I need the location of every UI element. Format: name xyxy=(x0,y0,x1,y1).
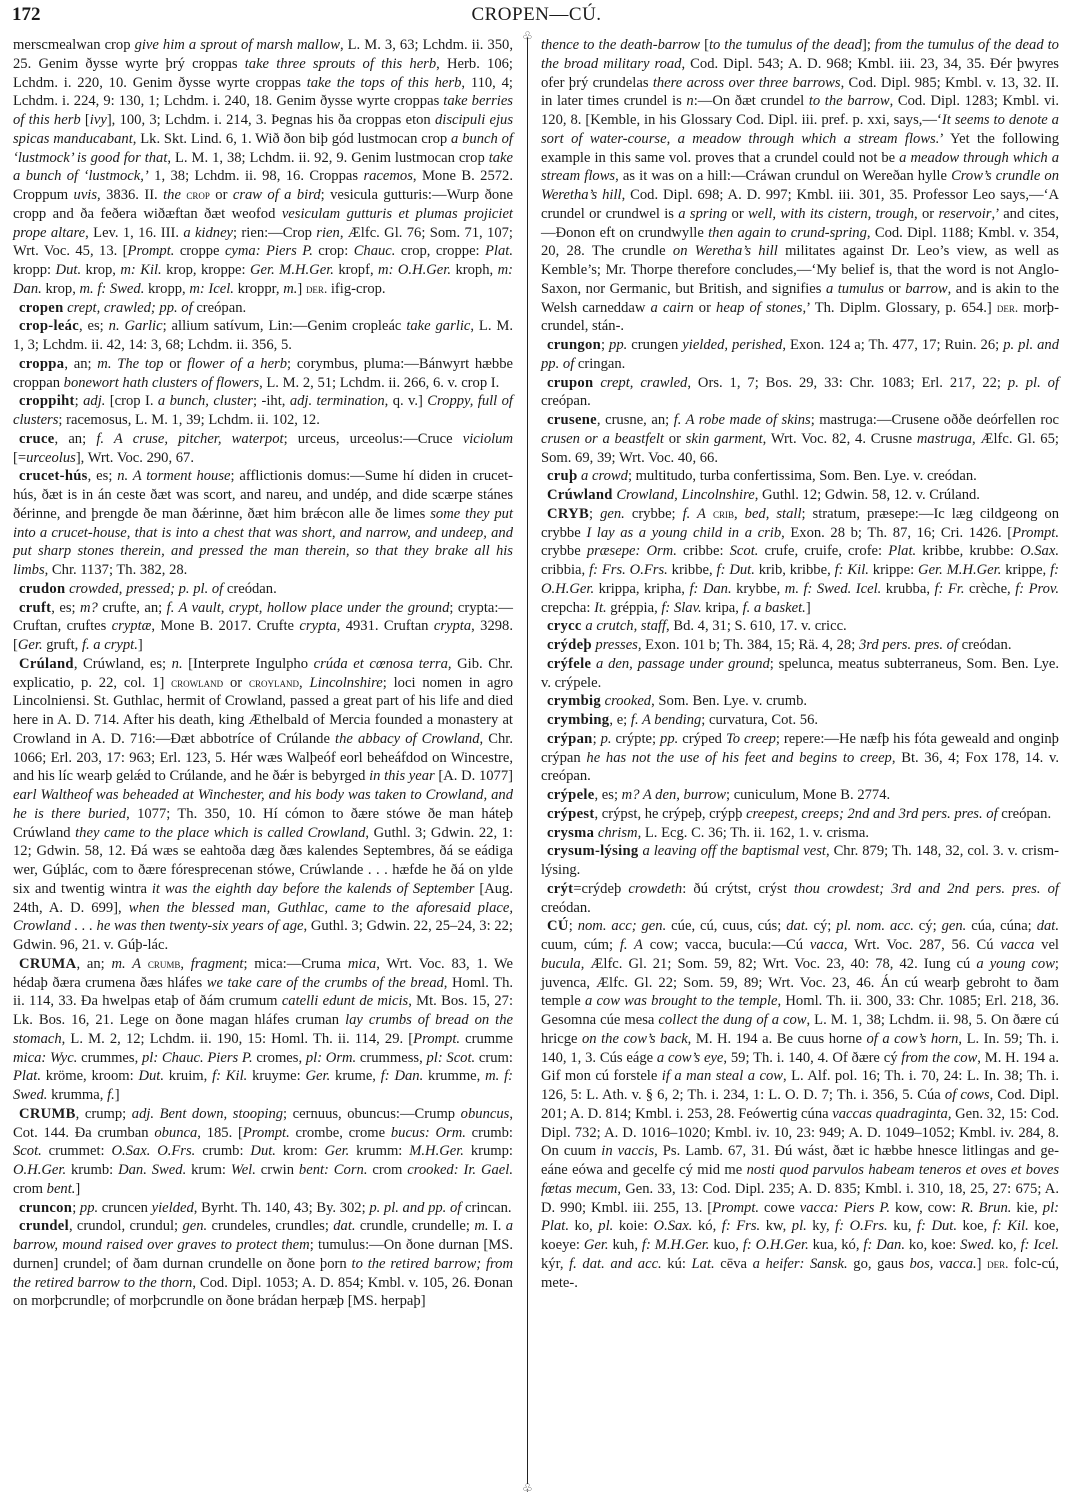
dictionary-entry: crýt=crýdeþ crowdeth: ðú crýtst, crýst t… xyxy=(541,880,1059,918)
entry-headword: crýpest xyxy=(547,806,595,822)
entry-headword: crýpele xyxy=(547,787,594,803)
dictionary-entry: crop-leác, es; n. Garlic; allium satívum… xyxy=(13,317,513,355)
entry-headword: crucet-hús xyxy=(19,468,88,484)
entry-body: , an; f. A cruse, pitcher, waterpot; urc… xyxy=(13,431,513,466)
entry-body: ; p. crýpte; pp. crýped To creep; repere… xyxy=(541,731,1059,785)
dictionary-entry: Crúwland Crowland, Lincolnshire, Guthl. … xyxy=(541,486,1059,505)
dictionary-entry: crýpele, es; m? A den, burrow; cuniculum… xyxy=(541,786,1059,805)
entry-body: crooked, Som. Ben. Lye. v. crumb. xyxy=(601,693,807,709)
dictionary-entry: crymbig crooked, Som. Ben. Lye. v. crumb… xyxy=(541,692,1059,711)
entry-headword: cropen xyxy=(19,300,64,316)
dictionary-entry: crýpan; p. crýpte; pp. crýped To creep; … xyxy=(541,730,1059,786)
dictionary-entry: Crúland, Crúwland, es; n. [Interprete In… xyxy=(13,655,513,955)
dictionary-entry: CÚ; nom. acc; gen. cúe, cú, cuus, cús; d… xyxy=(541,917,1059,1292)
dictionary-entry: crudon crowded, pressed; p. pl. of creód… xyxy=(13,580,513,599)
entry-headword: crycc xyxy=(547,618,582,634)
dictionary-entry: cruncon; pp. cruncen yielded, Byrht. Th.… xyxy=(13,1199,513,1218)
entry-body: a crutch, staff, Bd. 4, 31; S. 610, 17. … xyxy=(582,618,847,634)
dictionary-entry: crýpest, crýpst, he crýpeþ, crýpþ creepe… xyxy=(541,805,1059,824)
entry-body: , es; m? crufte, an; f. A vault, crypt, … xyxy=(13,600,513,654)
entry-body: crept, crawled, Ors. 1, 7; Bos. 29, 33: … xyxy=(541,375,1059,410)
entry-body: a crowd; multitudo, turba confertissima,… xyxy=(577,468,976,484)
entry-headword: crymbig xyxy=(547,693,601,709)
dictionary-entry: CRUMB, crump; adj. Bent down, stooping; … xyxy=(13,1105,513,1199)
dictionary-entry: croppa, an; m. The top or flower of a he… xyxy=(13,355,513,393)
entry-body: , es; n. Garlic; allium satívum, Lin:—Ge… xyxy=(13,318,513,353)
entry-headword: CRUMA xyxy=(19,956,76,972)
entry-body: chrism, L. Ecg. C. 36; Th. ii. 162, 1. v… xyxy=(594,825,869,841)
dictionary-entry: crysum-lýsing a leaving off the baptisma… xyxy=(541,842,1059,880)
dictionary-entry: crucet-hús, es; n. A torment house; affl… xyxy=(13,467,513,580)
entry-headword: crýfele xyxy=(547,656,591,672)
entry-headword: crundel xyxy=(19,1218,69,1234)
entry-body: ; gen. crybbe; f. A crib, bed, stall; st… xyxy=(541,506,1059,616)
entry-body: , Crúwland, es; n. [Interprete Ingulpho … xyxy=(13,656,513,953)
dictionary-entry: crycc a crutch, staff, Bd. 4, 31; S. 610… xyxy=(541,617,1059,636)
dictionary-entry: cruce, an; f. A cruse, pitcher, waterpot… xyxy=(13,430,513,468)
entry-headword: crýt xyxy=(547,881,573,897)
entry-body: crowded, pressed; p. pl. of creódan. xyxy=(65,581,276,597)
entry-body: , crýpst, he crýpeþ, crýpþ creepest, cre… xyxy=(595,806,1052,822)
dictionary-entry: cropen crept, crawled; pp. of creópan. xyxy=(13,299,513,318)
entry-body: crept, crawled; pp. of creópan. xyxy=(64,300,247,316)
entry-headword: crýdeþ xyxy=(547,637,592,653)
entry-body: ; pp. cruncen yielded, Byrht. Th. 140, 4… xyxy=(72,1200,511,1216)
page-header: 172 CROPEN—CÚ. xyxy=(12,4,1061,30)
column-ornament-bottom-icon: ♧ xyxy=(521,1482,534,1495)
entry-headword: CRUMB xyxy=(19,1106,76,1122)
entry-body: ; nom. acc; gen. cúe, cú, cuus, cús; dat… xyxy=(541,918,1059,1290)
entry-body: merscmealwan crop give him a sprout of m… xyxy=(13,37,513,297)
entry-headword: crymbing xyxy=(547,712,609,728)
entry-body: =crýdeþ crowdeth: ðú crýtst, crýst thou … xyxy=(541,881,1059,916)
dictionary-entry: crymbing, e; f. A bending; curvatura, Co… xyxy=(541,711,1059,730)
entry-body: ; adj. [crop I. a bunch, cluster; -iht, … xyxy=(13,393,513,428)
dictionary-entry: cruþ a crowd; multitudo, turba confertis… xyxy=(541,467,1059,486)
entry-headword: crysma xyxy=(547,825,594,841)
dictionary-entry: crýdeþ presses, Exon. 101 b; Th. 384, 15… xyxy=(541,636,1059,655)
dictionary-entry: crungon; pp. crungen yielded, perished, … xyxy=(541,336,1059,374)
entry-body: , es; m? A den, burrow; cuniculum, Mone … xyxy=(594,787,890,803)
right-column: thence to the death-barrow [to the tumul… xyxy=(541,36,1059,1292)
dictionary-entry: CRUMA, an; m. A crumb, fragment; mica:—C… xyxy=(13,955,513,1105)
entry-headword: crop-leác xyxy=(19,318,79,334)
column-divider xyxy=(527,38,528,1484)
entry-body: , es; n. A torment house; afflictionis d… xyxy=(13,468,513,578)
dictionary-entry: crupon crept, crawled, Ors. 1, 7; Bos. 2… xyxy=(541,374,1059,412)
entry-headword: crudon xyxy=(19,581,65,597)
left-column: merscmealwan crop give him a sprout of m… xyxy=(13,36,513,1311)
entry-headword: crupon xyxy=(547,375,593,391)
entry-body: , an; m. The top or flower of a herb; co… xyxy=(13,356,513,391)
entry-body: , e; f. A bending; curvatura, Cot. 56. xyxy=(609,712,818,728)
entry-headword: CÚ xyxy=(547,918,569,934)
entry-body: , an; m. A crumb, fragment; mica:—Cruma … xyxy=(13,956,513,1103)
dictionary-entry: crysma chrism, L. Ecg. C. 36; Th. ii. 16… xyxy=(541,824,1059,843)
entry-headword: cruncon xyxy=(19,1200,72,1216)
dictionary-entry: crýfele a den, passage under ground; spe… xyxy=(541,655,1059,693)
entry-body: ; pp. crungen yielded, perished, Exon. 1… xyxy=(541,337,1059,372)
entry-headword: crungon xyxy=(547,337,601,353)
dictionary-entry: crusene, crusne, an; f. A robe made of s… xyxy=(541,411,1059,467)
entry-headword: CRYB xyxy=(547,506,589,522)
entry-headword: Crúland xyxy=(19,656,74,672)
dictionary-entry: CRYB; gen. crybbe; f. A crib, bed, stall… xyxy=(541,505,1059,618)
entry-continuation: merscmealwan crop give him a sprout of m… xyxy=(13,36,513,299)
entry-headword: crýpan xyxy=(547,731,593,747)
entry-headword: croppiht xyxy=(19,393,75,409)
running-head: CROPEN—CÚ. xyxy=(12,4,1061,26)
entry-headword: cruþ xyxy=(547,468,577,484)
entry-body: , crump; adj. Bent down, stooping; cernu… xyxy=(13,1106,513,1197)
entry-body: thence to the death-barrow [to the tumul… xyxy=(541,37,1059,334)
entry-body: a den, passage under ground; spelunca, m… xyxy=(541,656,1059,691)
entry-body: presses, Exon. 101 b; Th. 384, 15; Rä. 4… xyxy=(592,637,1012,653)
entry-headword: cruce xyxy=(19,431,55,447)
entry-body: , crundol, crundul; gen. crundeles, crun… xyxy=(13,1218,513,1309)
entry-headword: Crúwland xyxy=(547,487,613,503)
entry-headword: cruft xyxy=(19,600,51,616)
entry-body: , crusne, an; f. A robe made of skins; m… xyxy=(541,412,1059,466)
entry-continuation: thence to the death-barrow [to the tumul… xyxy=(541,36,1059,336)
dictionary-entry: cruft, es; m? crufte, an; f. A vault, cr… xyxy=(13,599,513,655)
entry-body: Crowland, Lincolnshire, Guthl. 12; Gdwin… xyxy=(613,487,980,503)
entry-headword: crusene xyxy=(547,412,597,428)
entry-headword: croppa xyxy=(19,356,64,372)
dictionary-entry: crundel, crundol, crundul; gen. crundele… xyxy=(13,1217,513,1311)
dictionary-entry: croppiht; adj. [crop I. a bunch, cluster… xyxy=(13,392,513,430)
entry-headword: crysum-lýsing xyxy=(547,843,638,859)
